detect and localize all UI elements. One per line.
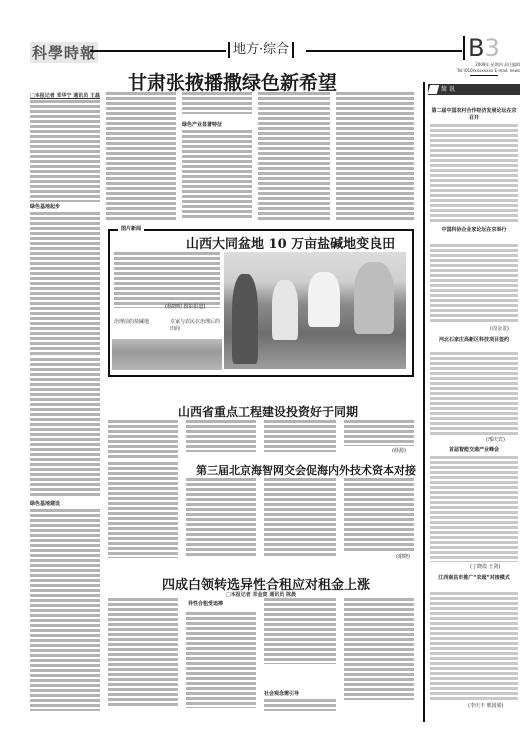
- photo-credit: (杨晓明 摄影报道): [165, 303, 206, 310]
- body-text: [430, 124, 518, 224]
- person-figure: [232, 274, 258, 364]
- dateline: 2009年 星期四 责任编辑 Tel:(010)xxxxxxxx E-mail:…: [420, 62, 520, 74]
- body-text: [30, 509, 100, 711]
- body-text: [344, 420, 414, 446]
- story-2-col-4: [344, 420, 414, 446]
- body-text: [182, 130, 252, 220]
- story-2-col-2: [186, 420, 256, 452]
- story-2-col-3: [264, 420, 336, 452]
- body-text: [344, 598, 414, 700]
- body-text: [30, 100, 100, 202]
- newspaper-logo: 科學時報: [30, 42, 98, 63]
- body-text: [430, 352, 518, 436]
- person-figure: [354, 262, 394, 334]
- story-2-col-1: [108, 420, 178, 460]
- sidebar-item-title: 首届智能交通产业峰会: [430, 446, 518, 453]
- lead-column-3a: [182, 92, 252, 114]
- body-text: [108, 462, 178, 558]
- lead-column-1b: [30, 212, 100, 357]
- dateline-rule: [470, 75, 498, 76]
- lead-headline: 甘肃张掖播撒绿色新希望: [128, 68, 337, 95]
- story-4-col-3b: [264, 699, 336, 711]
- sidebar-item-credit: (周金龙): [490, 325, 509, 332]
- body-text: [186, 612, 256, 708]
- body-text: [258, 92, 330, 220]
- body-text: [430, 592, 518, 700]
- body-text: [344, 478, 414, 552]
- lead-column-2: [106, 92, 176, 220]
- person-figure: [272, 280, 298, 340]
- body-text: [430, 244, 518, 324]
- sidebar-divider: [423, 82, 425, 722]
- lead-column-3b: [182, 130, 252, 220]
- body-text: [186, 478, 256, 558]
- story-4-subhead-2: 社会观念需引导: [264, 690, 299, 697]
- story-4-col-4: [344, 598, 414, 700]
- photo-caption-right: 专家与农民在治理后的田间: [170, 318, 222, 332]
- body-text: [264, 478, 336, 558]
- lead-column-1: [30, 100, 100, 202]
- body-text: [114, 252, 220, 308]
- body-text: [186, 420, 256, 452]
- photo-feature-headline: 山西大同盆地 10 万亩盐碱地变良田: [186, 233, 395, 252]
- sidebar-header: 简 讯: [428, 84, 520, 95]
- section-label: 地方·综合: [228, 42, 294, 58]
- sidebar-item-title: 第二届中国农村合作经济发展论坛在京召开: [430, 107, 518, 121]
- lead-subhead-3: 绿色基地建设: [30, 500, 60, 507]
- body-text: [430, 456, 518, 562]
- story-2-credit: (薛源): [392, 447, 406, 454]
- sidebar-item-credit: (丁晓霞 王剑): [470, 563, 501, 570]
- lead-byline: □本报记者 邓华宁 通讯员 王磊: [30, 92, 100, 99]
- lead-column-5: [336, 92, 414, 220]
- photo-feature-tag: 图片新闻: [118, 225, 144, 232]
- page-letter: B: [468, 34, 484, 62]
- sidebar-item-body: [430, 244, 518, 324]
- pen-icon: [428, 85, 439, 94]
- story-4-subhead-1: 异性合租受追捧: [188, 600, 223, 607]
- story-3-col-4: [344, 478, 414, 552]
- page-digit: 3: [484, 34, 499, 62]
- sidebar-item-body: [430, 352, 518, 436]
- story-4-col-1: [108, 598, 178, 708]
- body-text: [264, 420, 336, 452]
- sidebar-item-credit: (李庆丰 邢国梁): [468, 702, 504, 709]
- story-3-headline: 第三届北京海智网交会促海内外技术资本对接: [196, 462, 416, 478]
- photo-saline-land: [112, 339, 222, 370]
- left-column-end: [30, 509, 100, 711]
- body-text: [264, 699, 336, 711]
- masthead-rule-left: [90, 50, 226, 52]
- sidebar-item-credit: (邢庆宾): [486, 436, 505, 443]
- masthead-rule-right: [306, 50, 462, 52]
- page-number: B3: [463, 36, 500, 60]
- left-column-cont: [30, 358, 100, 498]
- sidebar-item-body: [430, 456, 518, 562]
- body-text: [336, 92, 414, 220]
- sidebar-header-label: 简 讯: [441, 86, 455, 93]
- sidebar-item-title: 河北石家庄高新区科技项目签约: [430, 336, 518, 343]
- dateline-contact: Tel:(010)xxxxxxxx E-mail: news: [420, 68, 520, 74]
- sidebar-item-body: [430, 124, 518, 224]
- body-text: [108, 598, 178, 708]
- story-3-col-1: [108, 462, 178, 558]
- story-3-col-2: [186, 478, 256, 558]
- body-text: [106, 92, 176, 220]
- lead-subhead-2: 绿色产业显著特征: [182, 121, 222, 128]
- sidebar-item-title: 中国科协企业家论坛在京举行: [430, 226, 518, 233]
- story-3-credit: (谢晓): [396, 553, 410, 560]
- photo-field-people: [224, 252, 406, 369]
- photo-caption-left: 治理前的盐碱地: [114, 318, 164, 325]
- sidebar-item-body: [430, 592, 518, 700]
- body-text: [264, 598, 336, 664]
- lead-subhead-1: 绿色基地起步: [30, 203, 60, 210]
- story-4-col-3: [264, 598, 336, 664]
- body-text: [30, 212, 100, 357]
- sidebar-item-title: 江西南昌市推广“农超”对接模式: [430, 574, 518, 581]
- lead-column-4: [258, 92, 330, 220]
- person-figure: [308, 272, 340, 327]
- story-3-col-3: [264, 478, 336, 558]
- body-text: [182, 92, 252, 114]
- photo-feature-text: [114, 252, 220, 308]
- body-text: [30, 358, 100, 498]
- body-text: [108, 420, 178, 460]
- story-4-col-2: [186, 612, 256, 708]
- story-2-headline: 山西省重点工程建设投资好于同期: [178, 403, 358, 420]
- story-4-byline: □本报记者 邓金寅 通讯员 陈晨: [226, 591, 296, 598]
